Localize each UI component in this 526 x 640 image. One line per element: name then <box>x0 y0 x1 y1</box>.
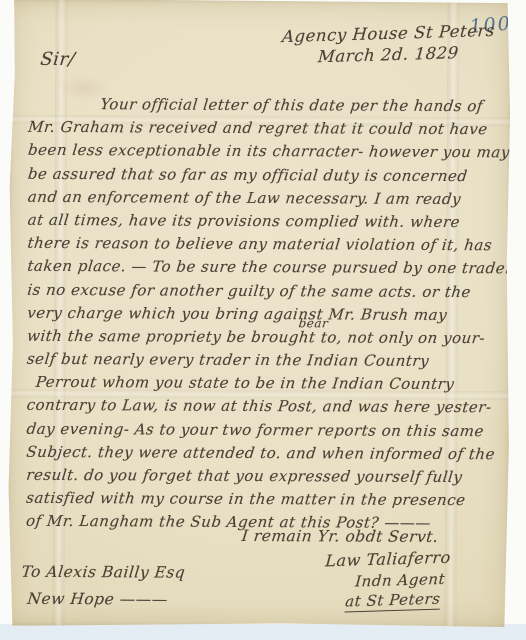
body-line: is no excuse for another guilty of the s… <box>26 278 505 304</box>
body-line: very charge which you bring against Mr. … <box>26 301 505 327</box>
signature-place: at St Peters <box>344 590 441 613</box>
heading-place-line: Agency House St Peters <box>281 21 495 46</box>
body-line: Subject. they were attended to. and when… <box>25 441 504 467</box>
interline-insertion: bear <box>298 316 329 330</box>
body-line: day evening- As to your two former repor… <box>25 417 504 443</box>
scan-background: { "document": { "page_number": "100", "h… <box>0 0 526 640</box>
body-line: be assured that so far as my official du… <box>27 162 506 188</box>
body-line: result. do you forget that you expressed… <box>25 464 504 490</box>
body-line: Your official letter of this date per th… <box>27 93 506 119</box>
heading-date-line: March 2d. 1829 <box>317 43 459 66</box>
salutation: Sir/ <box>39 49 76 70</box>
letter-paper: 100 Agency House St Peters March 2d. 182… <box>6 0 511 628</box>
body-line: been less exceptionable in its charracte… <box>27 139 506 165</box>
signature-title: Indn Agent <box>355 570 446 591</box>
body-line: Mr. Graham is received and regret that i… <box>27 116 506 142</box>
closing-line: I remain Yr. obdt Servt. <box>241 527 440 546</box>
letter-body: Your official letter of this date per th… <box>25 93 503 536</box>
body-line: there is reason to believe any material … <box>26 232 505 258</box>
signature-name: Law Taliaferro <box>325 548 452 571</box>
body-line: contrary to Law, is now at this Post, an… <box>25 394 504 420</box>
body-line: satisfied with my course in the matter i… <box>25 487 504 513</box>
body-line: at all times, have its provisions compli… <box>26 209 505 235</box>
body-line: taken place. — To be sure the course pur… <box>26 255 505 281</box>
addressee-place: New Hope ——— <box>26 590 168 609</box>
body-line: with the same propriety be brought to, n… <box>26 325 505 351</box>
body-line: self but nearly every trader in the Indi… <box>26 348 505 374</box>
backing-sheet-strip <box>0 624 526 640</box>
addressee-name: To Alexis Bailly Esq <box>21 563 187 582</box>
body-line: Perrout whom you state to be in the Indi… <box>26 371 505 397</box>
body-line: and an enforcement of the Law necessary.… <box>27 186 506 212</box>
